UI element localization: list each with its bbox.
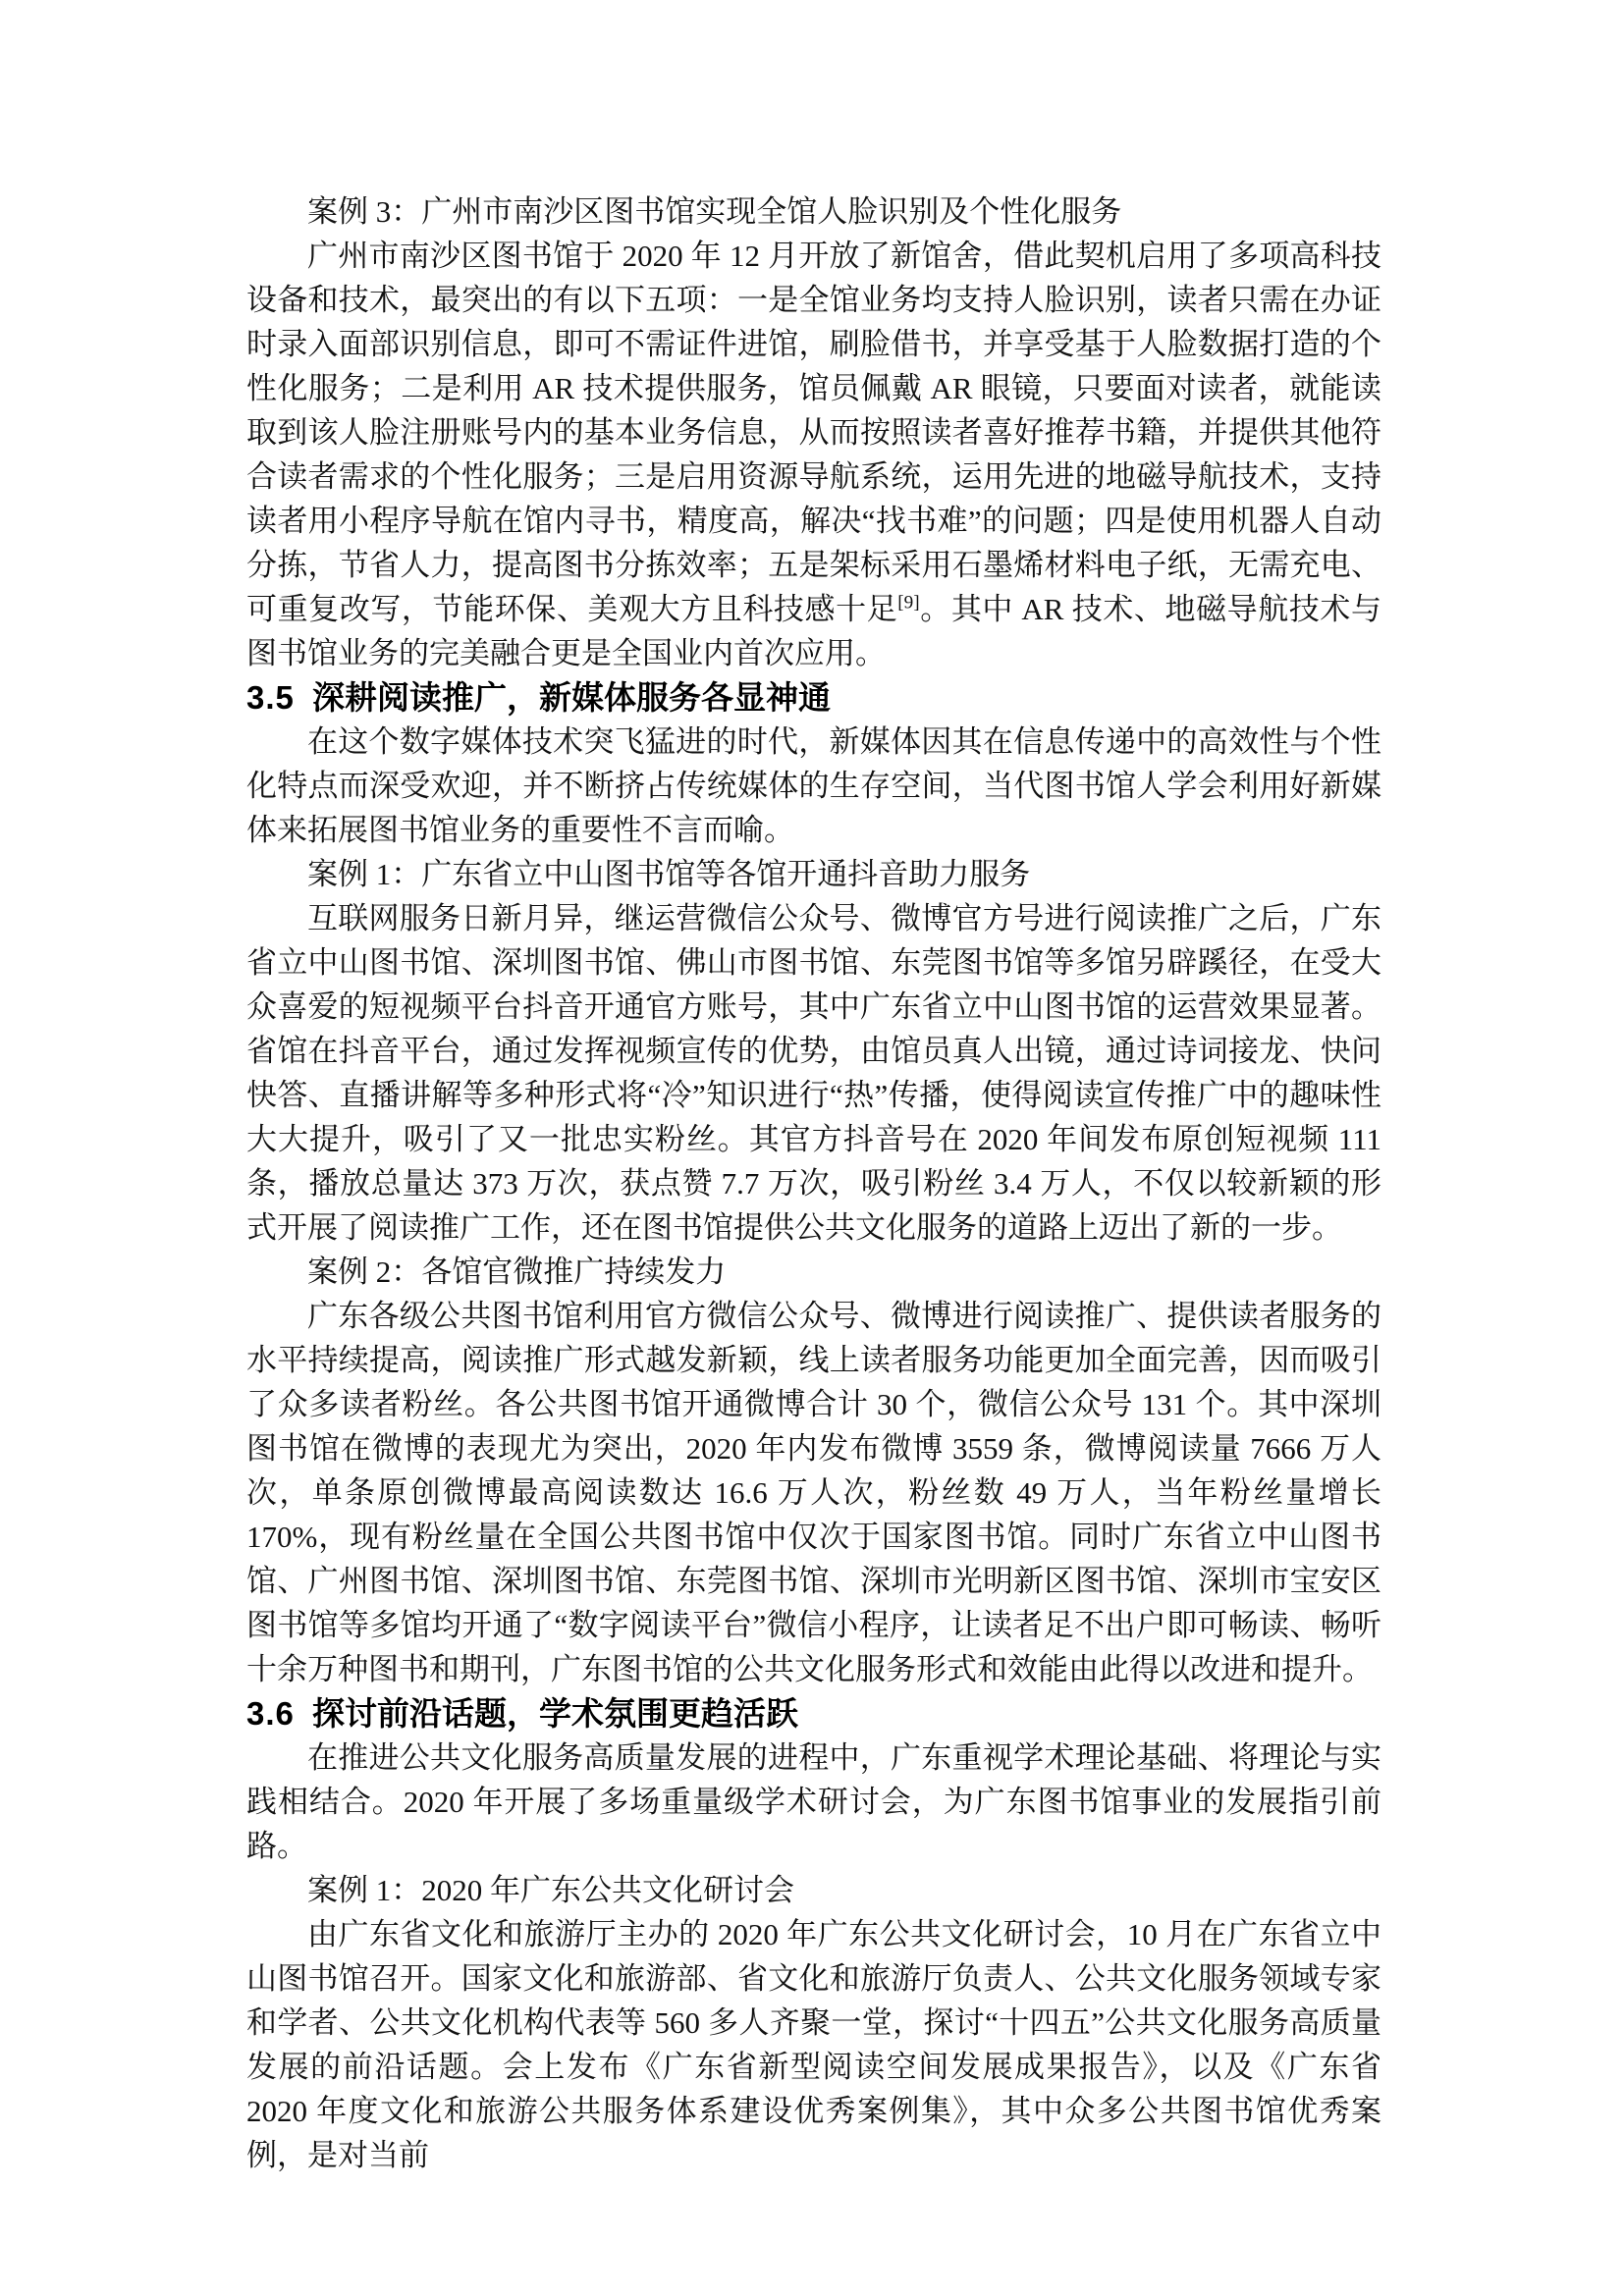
case-3-paragraph: 广州市南沙区图书馆于 2020 年 12 月开放了新馆舍，借此契机启用了多项高科… <box>246 234 1381 675</box>
citation-9-superscript: [9] <box>897 593 919 614</box>
section-number-3-5: 3.5 <box>246 679 295 716</box>
case-1-seminar-title: 案例 1：2020 年广东公共文化研讨会 <box>246 1868 1381 1912</box>
case-2-weibo-paragraph: 广东各级公共图书馆利用官方微信公众号、微博进行阅读推广、提供读者服务的水平持续提… <box>246 1294 1381 1691</box>
section-title-3-6: 探讨前沿话题，学术氛围更趋活跃 <box>312 1695 798 1732</box>
case-1-seminar-paragraph: 由广东省文化和旅游厅主办的 2020 年广东公共文化研讨会，10 月在广东省立中… <box>246 1912 1381 2177</box>
section-heading-3-6: 3.6探讨前沿话题，学术氛围更趋活跃 <box>246 1691 1381 1735</box>
section-title-3-5: 深耕阅读推广，新媒体服务各显神通 <box>312 679 831 716</box>
document-page: 案例 3：广州市南沙区图书馆实现全馆人脸识别及个性化服务 广州市南沙区图书馆于 … <box>0 0 1624 2296</box>
section-3-5-intro-paragraph: 在这个数字媒体技术突飞猛进的时代，新媒体因其在信息传递中的高效性与个性化特点而深… <box>246 720 1381 852</box>
section-heading-3-5: 3.5深耕阅读推广，新媒体服务各显神通 <box>246 675 1381 720</box>
case-1-douyin-paragraph: 互联网服务日新月异，继运营微信公众号、微博官方号进行阅读推广之后，广东省立中山图… <box>246 896 1381 1250</box>
case-3-paragraph-text: 广州市南沙区图书馆于 2020 年 12 月开放了新馆舍，借此契机启用了多项高科… <box>246 239 1381 626</box>
case-2-weibo-title: 案例 2：各馆官微推广持续发力 <box>246 1250 1381 1294</box>
section-3-6-intro-paragraph: 在推进公共文化服务高质量发展的进程中，广东重视学术理论基础、将理论与实践相结合。… <box>246 1735 1381 1868</box>
case-1-douyin-title: 案例 1：广东省立中山图书馆等各馆开通抖音助力服务 <box>246 852 1381 896</box>
text-block: 案例 3：广州市南沙区图书馆实现全馆人脸识别及个性化服务 广州市南沙区图书馆于 … <box>246 189 1381 2177</box>
case-3-title: 案例 3：广州市南沙区图书馆实现全馆人脸识别及个性化服务 <box>246 189 1381 234</box>
section-number-3-6: 3.6 <box>246 1695 295 1732</box>
